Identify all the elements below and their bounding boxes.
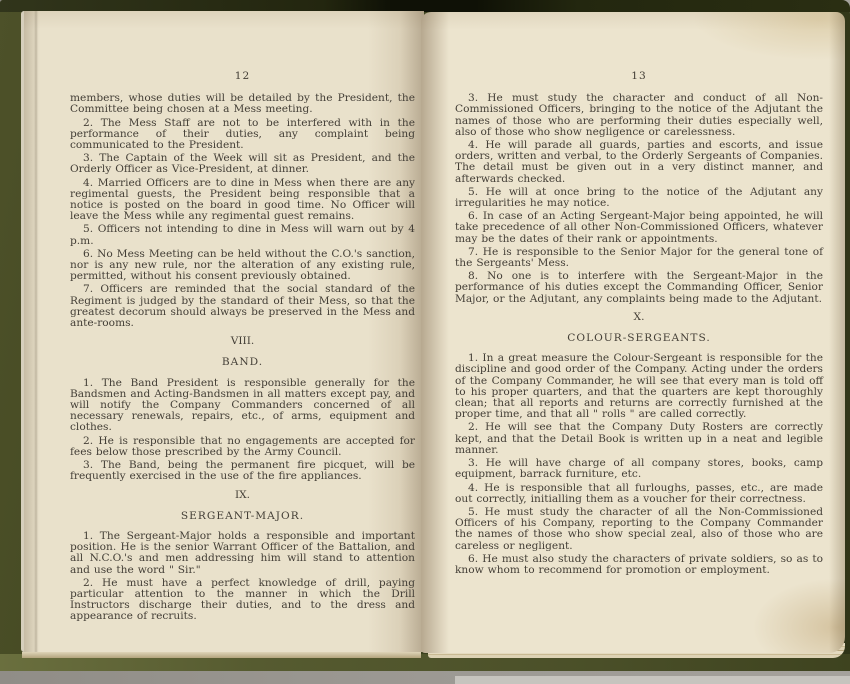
paragraph: 1. In a great measure the Colour-Sergean… xyxy=(455,353,823,420)
paragraph: 2. The Mess Staff are not to be interfer… xyxy=(70,118,415,152)
section-number: VIII. xyxy=(70,336,415,347)
book-page-right: 13 3. He must study the character and co… xyxy=(421,12,845,653)
paragraph: 6. No Mess Meeting can be held without t… xyxy=(70,249,415,283)
paragraph: 5. Officers not intending to dine in Mes… xyxy=(70,224,415,246)
right-text-column: 13 3. He must study the character and co… xyxy=(455,71,823,578)
scanner-bed-strip xyxy=(455,676,850,684)
page-number: 13 xyxy=(455,71,823,82)
paragraph: 2. He will see that the Company Duty Ros… xyxy=(455,422,823,456)
paragraph: 5. He must study the character of all th… xyxy=(455,507,823,552)
right-page-content: 3. He must study the character and condu… xyxy=(455,93,823,576)
paragraph: 7. He is responsible to the Senior Major… xyxy=(455,247,823,269)
book-page-left: 12 members, whose duties will be detaile… xyxy=(21,11,424,652)
section-title: COLOUR-SERGEANTS. xyxy=(455,333,823,344)
paragraph: 2. He is responsible that no engagements… xyxy=(70,436,415,458)
paragraph: members, whose duties will be detailed b… xyxy=(70,93,415,115)
paragraph: 3. The Band, being the permanent fire pi… xyxy=(70,460,415,482)
section-number: IX. xyxy=(70,490,415,501)
left-page-stack-edge xyxy=(22,652,421,658)
paragraph: 2. He must have a perfect knowledge of d… xyxy=(70,578,415,623)
paragraph: 4. He will parade all guards, parties an… xyxy=(455,140,823,185)
left-text-column: 12 members, whose duties will be detaile… xyxy=(70,71,415,625)
paragraph: 6. In case of an Acting Sergeant-Major b… xyxy=(455,211,823,245)
paragraph: 4. Married Officers are to dine in Mess … xyxy=(70,178,415,223)
paragraph: 4. He is responsible that all furloughs,… xyxy=(455,483,823,505)
paragraph: 3. He will have charge of all company st… xyxy=(455,458,823,480)
section-number: X. xyxy=(455,312,823,323)
paragraph: 8. No one is to interfere with the Serge… xyxy=(455,271,823,305)
paragraph: 6. He must also study the characters of … xyxy=(455,554,823,576)
paragraph: 1. The Band President is responsible gen… xyxy=(70,378,415,434)
paragraph: 3. He must study the character and condu… xyxy=(455,93,823,138)
paragraph: 5. He will at once bring to the notice o… xyxy=(455,187,823,209)
left-page-content: members, whose duties will be detailed b… xyxy=(70,93,415,622)
paragraph: 7. Officers are reminded that the social… xyxy=(70,284,415,329)
page-number: 12 xyxy=(70,71,415,82)
section-title: BAND. xyxy=(70,357,415,368)
paragraph: 1. The Sergeant-Major holds a responsibl… xyxy=(70,531,415,576)
section-title: SERGEANT-MAJOR. xyxy=(70,511,415,522)
paragraph: 3. The Captain of the Week will sit as P… xyxy=(70,153,415,175)
